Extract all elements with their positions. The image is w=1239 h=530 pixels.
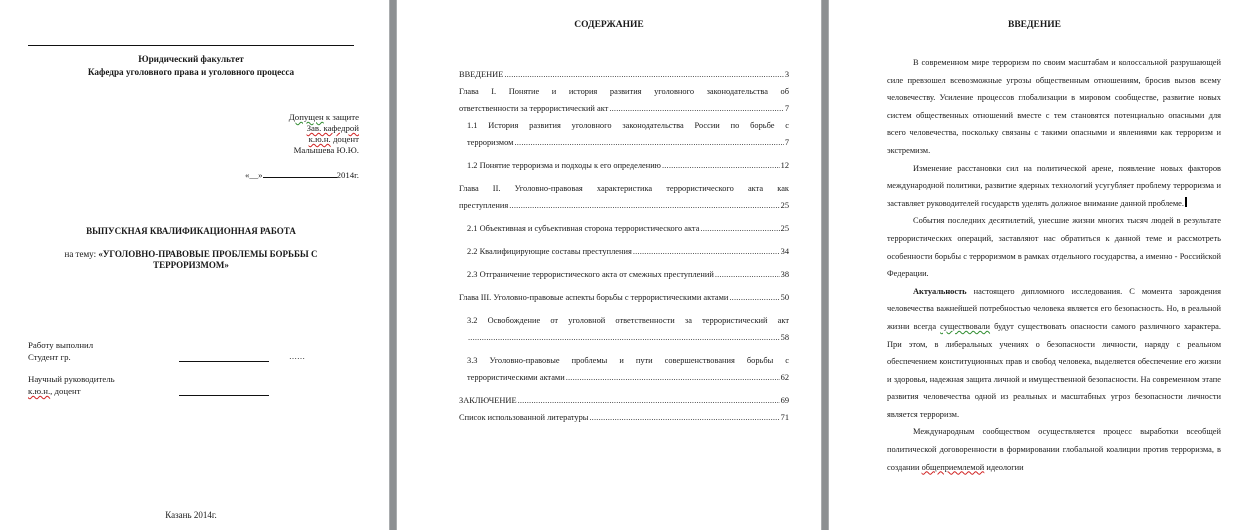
- toc-leader-dots: [633, 243, 780, 260]
- header-rule: [28, 45, 354, 46]
- toc-entry-title-line: 3.3 Уголовно-правовые проблемы и пути со…: [467, 352, 789, 369]
- toc-entry-title: ЗАКЛЮЧЕНИЕ: [459, 392, 517, 409]
- toc-entry-title-line: Глава I. Понятие и история развития угол…: [459, 83, 789, 100]
- text-cursor: [1185, 197, 1187, 207]
- toc-title: СОДЕРЖАНИЕ: [397, 20, 821, 30]
- toc-page-number: 3: [785, 66, 789, 83]
- grammar-flagged-word[interactable]: существовали: [940, 322, 990, 331]
- toc-entry[interactable]: ВВЕДЕНИЕ3: [459, 66, 789, 83]
- page-gutter: [821, 0, 829, 530]
- topic-line-2: ТЕРРОРИЗМОМ»: [28, 260, 354, 271]
- toc-page-number: 7: [785, 100, 789, 117]
- toc-page-number: 25: [781, 197, 789, 214]
- toc-entry[interactable]: 3.2 Освобождение от уголовной ответствен…: [459, 312, 789, 346]
- supervisor-signature-line: [179, 395, 269, 396]
- toc-entry-title: 1.2 Понятие терроризма и подходы к его о…: [467, 157, 661, 174]
- intro-page[interactable]: ВВЕДЕНИЕ В современном мире терроризм по…: [830, 0, 1239, 530]
- toc-leader-dots: [504, 66, 783, 83]
- page-gutter: [389, 0, 397, 530]
- toc-entry[interactable]: Глава II. Уголовно-правовая характеристи…: [459, 180, 789, 214]
- spelling-flagged-word[interactable]: общеприемлемой: [922, 463, 985, 472]
- student-dots: ……: [289, 352, 305, 361]
- toc-leader-dots: [518, 392, 780, 409]
- intro-body[interactable]: В современном мире терроризм по своим ма…: [887, 54, 1221, 476]
- intro-title: ВВЕДЕНИЕ: [830, 20, 1239, 30]
- toc-entry[interactable]: Глава I. Понятие и история развития угол…: [459, 83, 789, 117]
- approval-name: Малышева Ю.Ю.: [294, 145, 359, 156]
- toc-entry-title: ВВЕДЕНИЕ: [459, 66, 503, 83]
- city-year: Казань 2014г.: [28, 510, 354, 521]
- toc-entry-title-line: 3.2 Освобождение от уголовной ответствен…: [467, 312, 789, 329]
- toc-page-number: 34: [781, 243, 789, 260]
- toc-entry-title: Глава III. Уголовно-правовые аспекты бор…: [459, 289, 728, 306]
- approval-line-1: Допущен к защите: [289, 112, 359, 123]
- toc-leader-dots: [566, 369, 780, 386]
- approval-line-3: к.ю.н. доцент: [309, 134, 359, 145]
- toc-entry-title: 2.2 Квалифицирующие составы преступления: [467, 243, 632, 260]
- spelling-flagged-word[interactable]: к.ю.н.: [309, 134, 331, 144]
- toc-entry[interactable]: ЗАКЛЮЧЕНИЕ69: [459, 392, 789, 409]
- toc-entry[interactable]: 2.1 Объективная и субъективная сторона т…: [459, 220, 789, 237]
- toc-entry-title: преступления: [459, 197, 508, 214]
- approval-line-2: Зав. кафедрой: [307, 123, 359, 134]
- toc-leader-dots: [468, 329, 780, 346]
- toc-entry-title: террористическими актами: [467, 369, 565, 386]
- toc-leader-dots: [700, 220, 779, 237]
- toc-entry[interactable]: 2.3 Отграничение террористического акта …: [459, 266, 789, 283]
- toc-page-number: 62: [781, 369, 789, 386]
- toc-leader-dots: [609, 100, 783, 117]
- supervisor-degree: к.ю.н., доцент: [28, 385, 81, 397]
- toc-page-number: 69: [781, 392, 789, 409]
- spelling-flagged-word[interactable]: к.ю.н.: [28, 386, 50, 396]
- intro-paragraph-2: Изменение расстановки сил на политическо…: [887, 160, 1221, 213]
- toc-entry-title: Список использованной литературы: [459, 409, 588, 426]
- toc-page-number: 38: [781, 266, 789, 283]
- toc-entry-title: терроризмом: [467, 134, 513, 151]
- performed-by-label: Работу выполнил: [28, 339, 93, 351]
- toc-entry-title-line: 1.1 История развития уголовного законода…: [467, 117, 789, 134]
- toc-page-number: 25: [781, 220, 789, 237]
- toc-entry[interactable]: 2.2 Квалифицирующие составы преступления…: [459, 243, 789, 260]
- intro-paragraph-1: В современном мире терроризм по своим ма…: [887, 54, 1221, 160]
- toc-entry[interactable]: 3.3 Уголовно-правовые проблемы и пути со…: [459, 352, 789, 386]
- student-label: Студент гр.: [28, 351, 71, 363]
- grammar-flagged-word[interactable]: Допущен: [289, 112, 324, 122]
- toc-leader-dots: [509, 197, 779, 214]
- toc-leader-dots: [729, 289, 779, 306]
- topic-line-1: на тему: «УГОЛОВНО-ПРАВОВЫЕ ПРОБЛЕМЫ БОР…: [28, 249, 354, 260]
- toc-entry-title-line: Глава II. Уголовно-правовая характеристи…: [459, 180, 789, 197]
- toc-page-number: 50: [781, 289, 789, 306]
- intro-paragraph-5: Международным сообществом осуществляется…: [887, 423, 1221, 476]
- toc-entry[interactable]: 1.1 История развития уголовного законода…: [459, 117, 789, 151]
- toc-entry-title: 2.3 Отграничение террористического акта …: [467, 266, 714, 283]
- toc-entry[interactable]: Глава III. Уголовно-правовые аспекты бор…: [459, 289, 789, 306]
- faculty-heading: Юридический факультет: [28, 53, 354, 66]
- toc-leader-dots: [589, 409, 779, 426]
- supervisor-label: Научный руководитель: [28, 373, 115, 385]
- toc-entry-title: 2.1 Объективная и субъективная сторона т…: [467, 220, 699, 237]
- intro-paragraph-3: События последних десятилетий, унесшие ж…: [887, 212, 1221, 282]
- title-page[interactable]: Юридический факультет Кафедра уголовного…: [0, 0, 389, 530]
- spelling-flagged-word[interactable]: Зав. кафедрой: [307, 123, 359, 133]
- toc-page-number: 58: [781, 329, 789, 346]
- toc-entry-title: ответственности за террористический акт: [459, 100, 608, 117]
- work-type-heading: ВЫПУСКНАЯ КВАЛИФИКАЦИОННАЯ РАБОТА: [28, 226, 354, 237]
- toc-page[interactable]: СОДЕРЖАНИЕ ВВЕДЕНИЕ3Глава I. Понятие и и…: [397, 0, 821, 530]
- toc-leader-dots: [715, 266, 780, 283]
- toc-leader-dots: [514, 134, 783, 151]
- toc-page-number: 12: [781, 157, 789, 174]
- intro-paragraph-4: Актуальность настоящего дипломного иссле…: [887, 283, 1221, 424]
- approval-date: «__»2014г.: [245, 169, 359, 181]
- toc-page-number: 7: [785, 134, 789, 151]
- table-of-contents: ВВЕДЕНИЕ3Глава I. Понятие и история разв…: [459, 66, 789, 426]
- student-signature-line: [179, 361, 269, 362]
- toc-entry[interactable]: 1.2 Понятие терроризма и подходы к его о…: [459, 157, 789, 174]
- department-heading: Кафедра уголовного права и уголовного пр…: [28, 66, 354, 79]
- toc-page-number: 71: [781, 409, 789, 426]
- toc-entry[interactable]: Список использованной литературы71: [459, 409, 789, 426]
- toc-leader-dots: [662, 157, 780, 174]
